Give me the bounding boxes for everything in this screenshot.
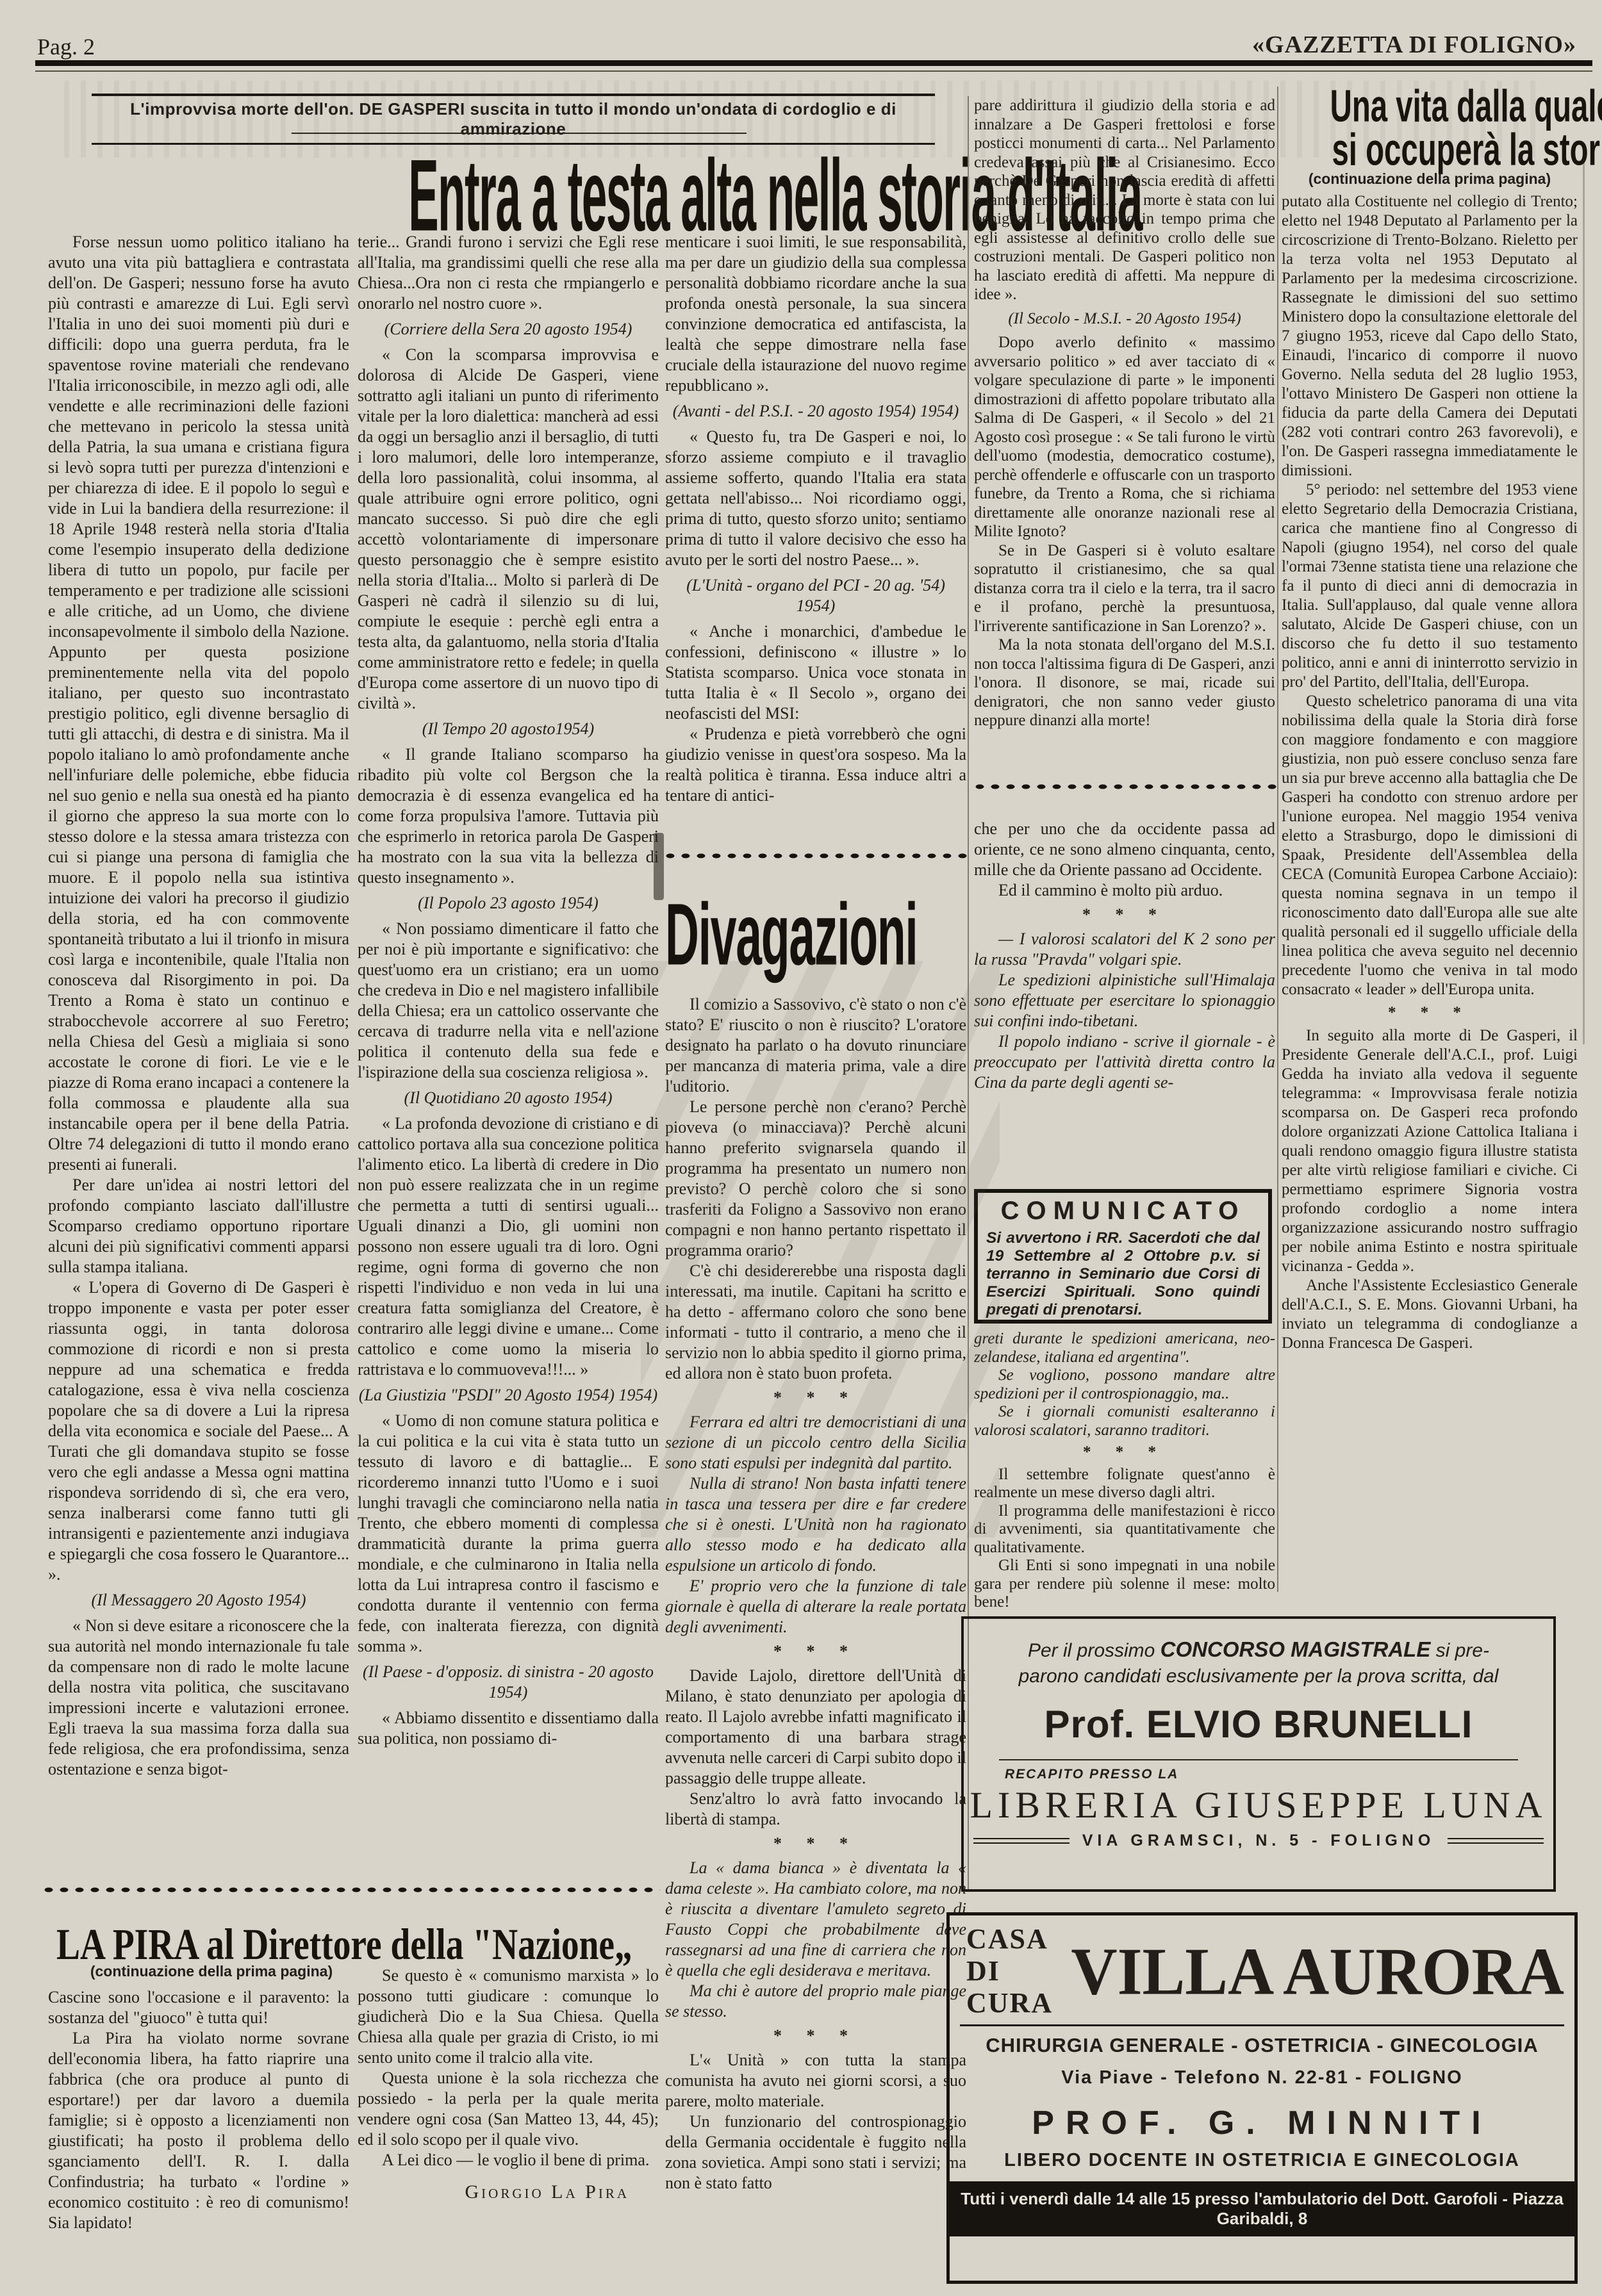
ad-libreria-name: LIBRERIA GIUSEPPE LUNA	[964, 1783, 1553, 1826]
ad-concorso-line1: Per il prossimo CONCORSO MAGISTRALE si p…	[964, 1637, 1553, 1664]
ad-concorso-professor-name: Prof. ELVIO BRUNELLI	[964, 1702, 1553, 1746]
paragraph: Nulla di strano! Non basta infatti tener…	[665, 1473, 966, 1576]
comunicato-title: COMUNICATO	[986, 1197, 1260, 1226]
paragraph: C'è chi desidererebbe una risposta dagli…	[665, 1261, 966, 1384]
paragraph: putato alla Costituente nel collegio di …	[1282, 192, 1578, 480]
paragraph: Se vogliono, possono mandare altre spedi…	[974, 1366, 1275, 1403]
paragraph: Le spedizioni alpinistiche sull'Himalaja…	[974, 970, 1275, 1031]
ornament-divider	[42, 1886, 660, 1894]
paragraph: Questa unione è la sola ricchezza che po…	[358, 2068, 659, 2150]
source-citation: (Il Popolo 23 agosto 1954)	[358, 893, 659, 914]
vita-headline: Una vita dalla quale si occuperà la stor…	[1280, 82, 1579, 169]
paragraph: Davide Lajolo, direttore dell'Unità di M…	[665, 1666, 966, 1789]
paragraph: Ferrara ed altri tre democristiani di un…	[665, 1412, 966, 1473]
paragraph: Se in De Gasperi si è voluto esaltare so…	[974, 541, 1275, 636]
article-column-3: menticare i suoi limiti, le sue responsa…	[665, 232, 966, 855]
ad-rule	[999, 1759, 1518, 1760]
header-rule-thick	[35, 60, 1592, 66]
ad-villa-docente: LIBERO DOCENTE IN OSTETRICIA E GINECOLOG…	[960, 2150, 1564, 2171]
source-citation: (Avanti - del P.S.I. - 20 agosto 1954) 1…	[665, 401, 966, 422]
paragraph: Cascine sono l'occasione e il paravento:…	[48, 1987, 349, 2028]
lapira-column-left: Cascine sono l'occasione e il paravento:…	[48, 1987, 349, 2296]
signature: Giorgio La Pira	[358, 2182, 659, 2202]
source-citation: (La Giustizia "PSDI" 20 Agosto 1954) 195…	[358, 1385, 659, 1406]
ornament-divider	[973, 783, 1277, 791]
paragraph: * * *	[974, 1443, 1275, 1462]
paragraph: « Non si deve esitare a riconoscere che …	[48, 1616, 349, 1780]
address-flourish	[973, 1838, 1069, 1844]
paragraph: * * *	[1282, 1003, 1578, 1022]
ad-villa-name: VILLA AURORA	[1071, 1933, 1564, 2010]
comunicato-box: COMUNICATO Si avvertono i RR. Sacerdoti …	[974, 1189, 1272, 1324]
paragraph: A Lei dico — le voglio il bene di prima.	[358, 2150, 659, 2170]
header-rule-thin	[35, 70, 1592, 72]
divagazioni-column-2b: greti durante le spedizioni americana, n…	[974, 1330, 1275, 1609]
paragraph: « Anche i monarchici, d'ambedue le confe…	[665, 621, 966, 724]
paragraph: Un funzionario del controspionaggio dell…	[665, 2111, 966, 2193]
paragraph: « L'opera di Governo di De Gasperi è tro…	[48, 1277, 349, 1585]
article-column-4: pare addirittura il giudizio della stori…	[974, 96, 1275, 778]
divagazioni-column-1: Il comizio a Sassovivo, c'è stato o non …	[665, 994, 966, 2296]
ad-villa-professor: PROF. G. MINNITI	[960, 2104, 1564, 2142]
print-artifact	[1583, 147, 1585, 1044]
ad-concorso-recapito: RECAPITO PRESSO LA	[1005, 1767, 1553, 1782]
paragraph: — I valorosi scalatori del K 2 sono per …	[974, 929, 1275, 970]
paragraph: Il programma delle manifestazioni è ricc…	[974, 1502, 1275, 1557]
paragraph: * * *	[974, 905, 1275, 925]
paragraph: La « dama bianca » è diventata la « dama…	[665, 1858, 966, 1981]
paragraph: * * *	[665, 1388, 966, 1408]
paragraph: Ed il cammino è molto più arduo.	[974, 880, 1275, 901]
source-citation: (L'Unità - organo del PCI - 20 ag. '54) …	[665, 575, 966, 616]
paragraph: Forse nessun uomo politico italiano ha a…	[48, 232, 349, 1175]
lapira-column-right: Se questo è « comunismo marxista » lo po…	[358, 1965, 659, 2296]
paragraph: * * *	[665, 1641, 966, 1662]
continuation-note: (continuazione della prima pagina)	[1282, 170, 1578, 188]
paragraph: Ma chi è autore del proprio male piange …	[665, 1981, 966, 2022]
ornament-divider	[663, 852, 970, 860]
paragraph: Se questo è « comunismo marxista » lo po…	[358, 1965, 659, 2068]
source-citation: (Il Secolo - M.S.I. - 20 Agosto 1954)	[974, 309, 1275, 329]
ad-concorso-magistrale: Per il prossimo CONCORSO MAGISTRALE si p…	[961, 1616, 1556, 1892]
paragraph: pare addirittura il giudizio della stori…	[974, 96, 1275, 304]
paragraph: * * *	[665, 2026, 966, 2046]
paragraph: « Abbiamo dissentito e dissentiamo dalla…	[358, 1708, 659, 1749]
ad-villa-aurora: CASA DI CURA VILLA AURORA CHIRURGIA GENE…	[946, 1912, 1578, 2284]
lapira-headline: LA PIRA al Direttore della "Nazione„	[56, 1919, 662, 1968]
paragraph: * * *	[665, 1833, 966, 1854]
paragraph: La Pira ha violato norme sovrane dell'ec…	[48, 2028, 349, 2233]
paragraph: « Uomo di non comune statura politica e …	[358, 1411, 659, 1657]
ad-rule	[960, 2024, 1564, 2026]
paragraph: « Questo fu, tra De Gasperi e noi, lo sf…	[665, 427, 966, 570]
address-flourish	[1448, 1838, 1544, 1844]
paragraph: Gli Enti si sono impegnati in una nobile…	[974, 1557, 1275, 1609]
paragraph: Anche l'Assistente Ecclesiastico General…	[1282, 1276, 1578, 1353]
kicker-underline	[292, 133, 747, 134]
paragraph: 5° periodo: nel settembre del 1953 viene…	[1282, 480, 1578, 692]
paragraph: L'« Unità » con tutta la stampa comunist…	[665, 2050, 966, 2111]
source-citation: (Il Quotidiano 20 agosto 1954)	[358, 1088, 659, 1108]
ad-concorso-line2: parono candidati esclusivamente per la p…	[964, 1664, 1553, 1689]
paragraph: Il comizio a Sassovivo, c'è stato o non …	[665, 994, 966, 1097]
paragraph: Il popolo indiano - scrive il giornale -…	[974, 1031, 1275, 1093]
ad-villa-footer-strip: Tutti i venerdì dalle 14 alle 15 presso …	[950, 2181, 1574, 2236]
paragraph: Ma la nota stonata dell'organo del M.S.I…	[974, 635, 1275, 730]
paragraph: « Prudenza e pietà vorrebberò che ogni g…	[665, 724, 966, 806]
ad-villa-top-row: CASA DI CURA VILLA AURORA	[960, 1923, 1564, 2019]
paragraph: « Con la scomparsa improvvisa e dolorosa…	[358, 345, 659, 714]
paragraph: Senz'altro lo avrà fatto invocando la li…	[665, 1789, 966, 1830]
paragraph: Questo scheletrico panorama di una vita …	[1282, 692, 1578, 999]
source-citation: (Il Tempo 20 agosto1954)	[358, 719, 659, 739]
comunicato-body: Si avvertono i RR. Sacerdoti che dal 19 …	[986, 1229, 1260, 1319]
vita-column: putato alla Costituente nel collegio di …	[1282, 192, 1578, 1595]
article-column-2: terie... Grandi furono i servizi che Egl…	[358, 232, 659, 1888]
source-citation: (Il Paese - d'opposiz. di sinistra - 20 …	[358, 1662, 659, 1703]
paragraph: « La profonda devozione di cristiano e d…	[358, 1113, 659, 1380]
paragraph: Le persone perchè non c'erano? Perchè pi…	[665, 1097, 966, 1261]
paragraph: greti durante le spedizioni americana, n…	[974, 1330, 1275, 1366]
paragraph: Dopo averlo definito « massimo avversari…	[974, 333, 1275, 541]
divagazioni-title: Divagazioni	[665, 884, 966, 974]
column-rule	[1277, 86, 1278, 1592]
source-citation: (Corriere della Sera 20 agosto 1954)	[358, 319, 659, 340]
paragraph: menticare i suoi limiti, le sue responsa…	[665, 232, 966, 396]
masthead-title: «GAZZETTA DI FOLIGNO»	[1252, 31, 1576, 59]
page-number-label: Pag. 2	[37, 33, 95, 60]
paragraph: « Non possiamo dimenticare il fatto che …	[358, 919, 659, 1083]
paragraph: terie... Grandi furono i servizi che Egl…	[358, 232, 659, 314]
paragraph: Il settembre folignate quest'anno è real…	[974, 1466, 1275, 1502]
article-column-1: Forse nessun uomo politico italiano ha a…	[48, 232, 349, 1888]
ad-libreria-address: VIA GRAMSCI, N. 5 - FOLIGNO	[964, 1832, 1553, 1850]
ad-villa-casa-di-cura: CASA DI CURA	[960, 1923, 1071, 2019]
paragraph: Se i giornali comunisti esalteranno i va…	[974, 1403, 1275, 1439]
ad-villa-specialties: CHIRURGIA GENERALE - OSTETRICIA - GINECO…	[960, 2034, 1564, 2057]
paragraph: che per uno che da occidente passa ad or…	[974, 819, 1275, 880]
divagazioni-column-2a: che per uno che da occidente passa ad or…	[974, 819, 1275, 1184]
paragraph: Per dare un'idea ai nostri lettori del p…	[48, 1175, 349, 1277]
ad-villa-contact: Via Piave - Telefono N. 22-81 - FOLIGNO	[960, 2067, 1564, 2088]
main-headline: Entra a testa alta nella storia d'Italia	[42, 137, 968, 242]
paragraph: In seguito alla morte di De Gasperi, il …	[1282, 1026, 1578, 1276]
source-citation: (Il Messaggero 20 Agosto 1954)	[48, 1590, 349, 1611]
newspaper-page: Pag. 2 «GAZZETTA DI FOLIGNO» L'improvvis…	[0, 0, 1602, 2296]
paragraph: E' proprio vero che la funzione di tale …	[665, 1576, 966, 1637]
paragraph: « Il grande Italiano scomparso ha ribadi…	[358, 744, 659, 888]
continuation-note: (continuazione della prima pagina)	[70, 1963, 352, 1980]
